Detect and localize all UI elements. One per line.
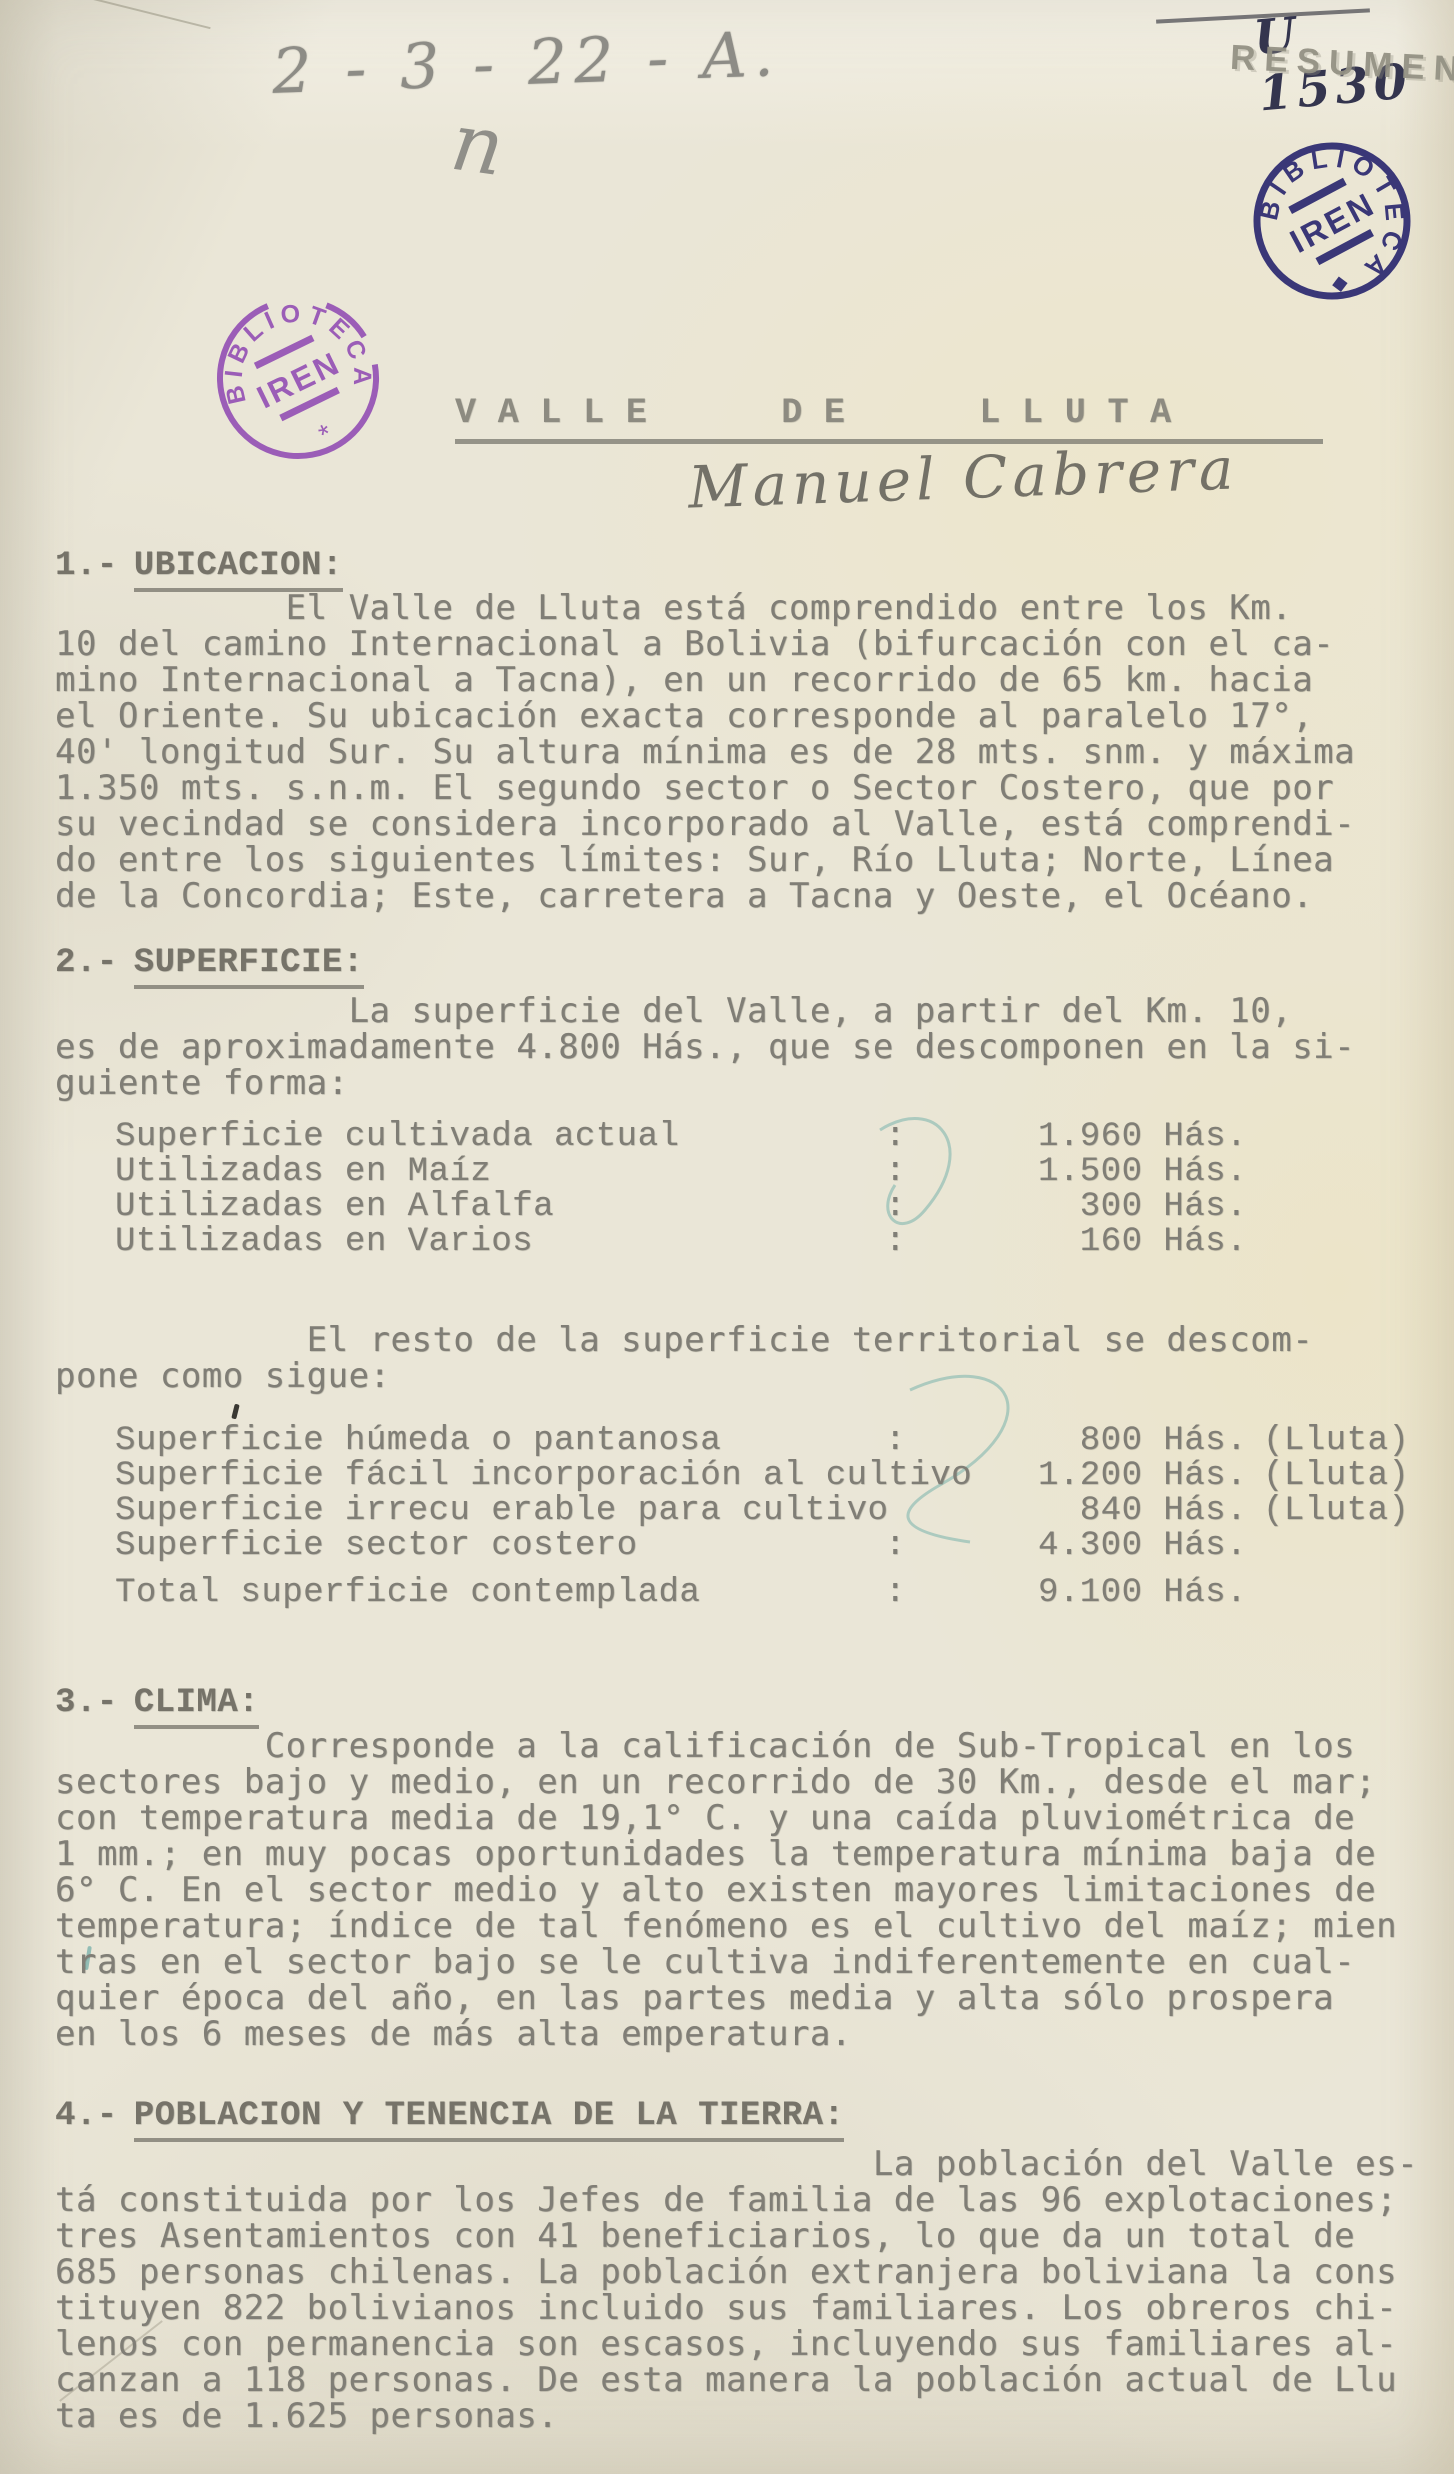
table-row: Total superficie contemplada : 9.100 Hás…: [115, 1576, 1450, 1611]
section-4-number: 4.-: [55, 2097, 118, 2135]
table-colon: :: [885, 1190, 927, 1225]
table-row: Utilizadas en Maíz : 1.500 Hás.: [115, 1155, 1450, 1190]
section-2-title: SUPERFICIE:: [134, 944, 364, 989]
table-value: 4.300 Hás.: [927, 1529, 1247, 1564]
table-suffix: [1247, 1576, 1433, 1611]
ink-speck: [231, 1404, 239, 1420]
table-suffix: [1247, 1529, 1433, 1564]
paper-crease-topleft: [40, 0, 210, 29]
section-1-body: El Valle de Lluta está comprendido entre…: [55, 590, 1355, 914]
cultivo-table: Superficie cultivada actual : 1.960 Hás.…: [55, 1120, 1450, 1260]
table-label: Utilizadas en Varios: [115, 1225, 885, 1260]
stamp-center-text: IREN: [1284, 185, 1382, 260]
table-row: Utilizadas en Varios : 160 Hás.: [115, 1225, 1450, 1260]
table-colon: :: [885, 1120, 927, 1155]
superficie-intro: La superficie del Valle, a partir del Km…: [55, 993, 1355, 1101]
section-2-number: 2.-: [55, 944, 118, 982]
handwritten-classification: 2 - 3 - 22 - A.: [271, 17, 782, 108]
table-row: Superficie irrecu erable para cultivo 84…: [115, 1494, 1450, 1529]
section-2-heading: 2.-SUPERFICIE:: [55, 945, 364, 981]
library-stamp-navy: BIBLIOTECA IREN: [1242, 128, 1422, 314]
section-3-body: Corresponde a la calificación de Sub-Tro…: [55, 1728, 1397, 2052]
table-row: Utilizadas en Alfalfa : 300 Hás.: [115, 1190, 1450, 1225]
table-suffix: (Lluta): [1247, 1459, 1433, 1494]
section-3-heading: 3.-CLIMA:: [55, 1685, 259, 1721]
section-1-number: 1.-: [55, 547, 118, 585]
table-row: Superficie húmeda o pantanosa : 800 Hás.…: [115, 1424, 1450, 1459]
total-row: Total superficie contemplada : 9.100 Hás…: [55, 1576, 1450, 1611]
section-4-body: La población del Valle es- tá constituid…: [55, 2146, 1418, 2434]
table-value: 1.200 Hás.: [927, 1459, 1247, 1494]
table-suffix: [1247, 1190, 1433, 1225]
table-row: Superficie sector costero : 4.300 Hás.: [115, 1529, 1450, 1564]
table-label: Superficie cultivada actual: [115, 1120, 885, 1155]
table-colon: :: [885, 1155, 927, 1190]
table-suffix: [1247, 1155, 1433, 1190]
resto-intro: El resto de la superficie territorial se…: [55, 1322, 1313, 1394]
table-colon: :: [885, 1576, 927, 1611]
library-stamp-purple: BIBLIOTECA IREN *: [203, 283, 393, 473]
table-label: Total superficie contemplada: [115, 1576, 885, 1611]
stamp-star-mark: *: [313, 420, 342, 455]
section-4-title: POBLACION Y TENENCIA DE LA TIERRA:: [134, 2097, 845, 2142]
table-colon: :: [885, 1424, 927, 1459]
table-label: Superficie húmeda o pantanosa: [115, 1424, 885, 1459]
table-label: Superficie irrecu erable para cultivo: [115, 1494, 885, 1529]
section-3-title: CLIMA:: [134, 1684, 259, 1729]
table-colon: :: [885, 1529, 927, 1564]
table-value: 1.500 Hás.: [927, 1155, 1247, 1190]
table-suffix: (Lluta): [1247, 1424, 1433, 1459]
handwritten-mark: n: [446, 95, 510, 194]
table-row: Superficie fácil incorporación al cultiv…: [115, 1459, 1450, 1494]
table-label: Utilizadas en Alfalfa: [115, 1190, 885, 1225]
table-value: 840 Hás.: [927, 1494, 1247, 1529]
table-value: 800 Hás.: [927, 1424, 1247, 1459]
table-label: Utilizadas en Maíz: [115, 1155, 885, 1190]
section-1-title: UBICACION:: [134, 547, 343, 592]
document-page: 2 - 3 - 22 - A. n U 1530 RESUMEN BIBLIOT…: [0, 0, 1454, 2474]
table-row: Superficie cultivada actual : 1.960 Hás.: [115, 1120, 1450, 1155]
table-colon: [885, 1494, 927, 1529]
table-suffix: [1247, 1120, 1433, 1155]
table-value: 9.100 Hás.: [927, 1576, 1247, 1611]
table-value: 300 Hás.: [927, 1190, 1247, 1225]
table-value: 1.960 Hás.: [927, 1120, 1247, 1155]
table-colon: :: [885, 1225, 927, 1260]
table-label: Superficie sector costero: [115, 1529, 885, 1564]
section-4-heading: 4.-POBLACION Y TENENCIA DE LA TIERRA:: [55, 2098, 844, 2134]
section-1-heading: 1.-UBICACION:: [55, 548, 343, 584]
table-suffix: (Lluta): [1247, 1494, 1433, 1529]
stamp-center-text: IREN: [251, 344, 346, 415]
resto-table: Superficie húmeda o pantanosa : 800 Hás.…: [55, 1424, 1450, 1564]
section-3-number: 3.-: [55, 1684, 118, 1722]
table-value: 160 Hás.: [927, 1225, 1247, 1260]
table-colon: [885, 1459, 927, 1494]
handwritten-signature: Manuel Cabrera: [687, 434, 1239, 521]
table-suffix: [1247, 1225, 1433, 1260]
table-label: Superficie fácil incorporación al cultiv…: [115, 1459, 885, 1494]
